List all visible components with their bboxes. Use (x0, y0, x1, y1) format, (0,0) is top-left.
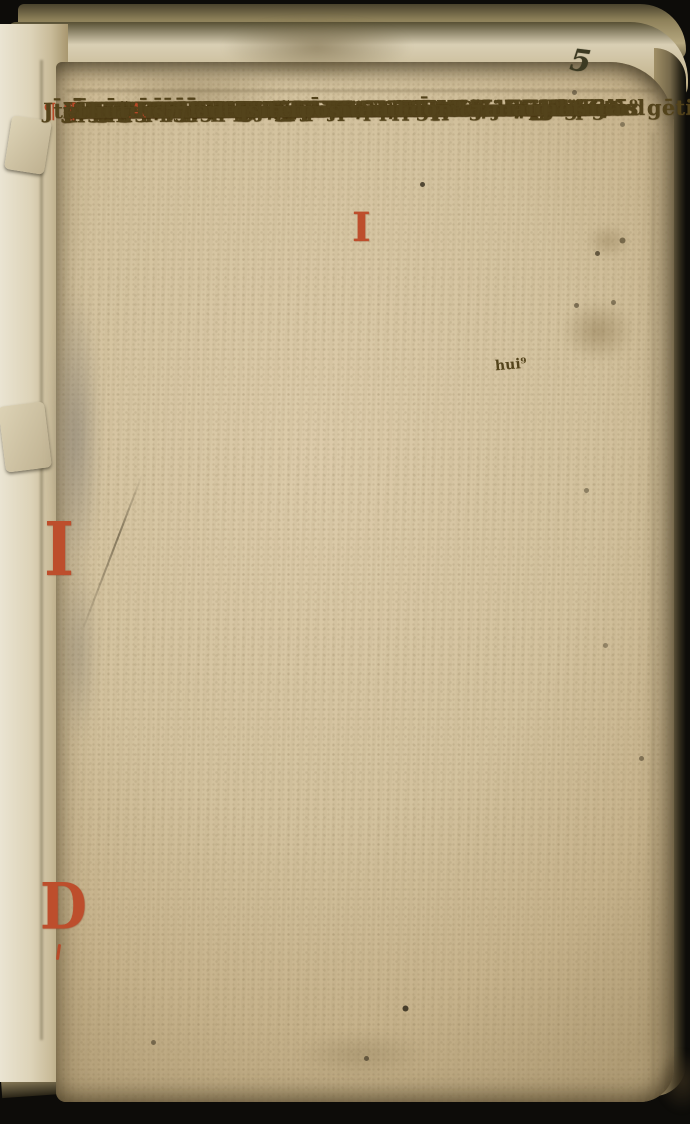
interlinear-gloss: hui⁹ (494, 356, 527, 375)
rubric-initial-d: D (40, 874, 87, 938)
page-curl-shadow (596, 972, 690, 1112)
stain (586, 224, 630, 258)
stain (296, 1032, 426, 1076)
rubric-initial-i: I (352, 208, 371, 248)
manuscript-photo: 5 uemēti. ut amator⁊amatrix⁊ eorū uīm hē… (0, 0, 690, 1124)
folio-number: 5 (568, 43, 593, 80)
crease-line (652, 132, 654, 1092)
ink-specks (0, 0, 3, 3)
line-text: et īutilis⁊⁊ ad q̄sitē posita ut lon⁹ ⁊ … (63, 93, 582, 125)
stain (222, 16, 412, 78)
binding-tab (0, 401, 52, 472)
stain (562, 300, 634, 362)
rubric-initial-i2: I (44, 514, 74, 588)
